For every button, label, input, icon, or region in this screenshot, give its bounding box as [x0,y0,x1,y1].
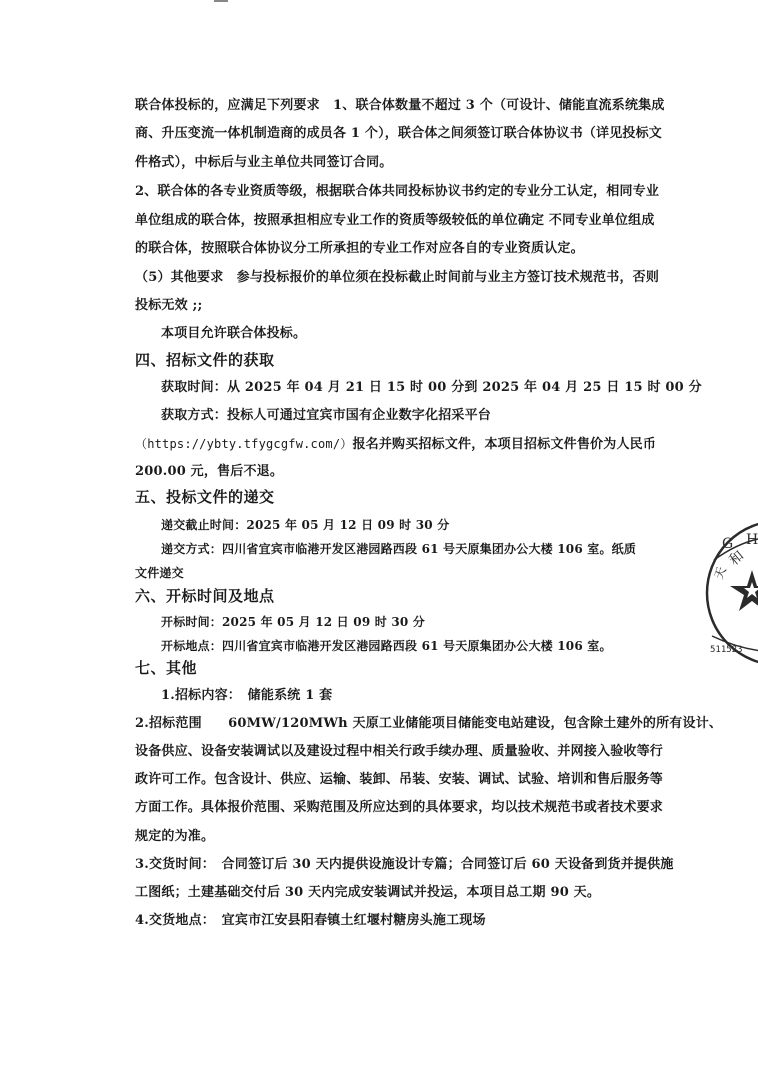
text-line: 2、联合体的各专业资质等级，根据联合体共同投标协议书约定的专业分工认定，相同专业 [135,184,659,200]
text-line: 4.交货地点： 宜宾市江安县阳春镇土红堰村糖房头施工现场 [135,913,486,929]
company-seal: G H 和 天 511523 [704,518,758,668]
svg-text:H: H [746,532,758,548]
text-line: 3.交货时间： 合同签订后 30 天内提供设施设计专篇；合同签订后 60 天设备… [135,857,674,873]
text-line: 递交截止时间：2025 年 05 月 12 日 09 时 30 分 [161,517,449,533]
text-line: 联合体投标的，应满足下列要求 1、联合体数量不超过 3 个（可设计、储能直流系统… [135,98,665,114]
text-line: 商、升压变流一体机制造商的成员各 1 个），联合体之间须签订联合体协议书（详见投… [135,126,662,142]
text-line: 规定的为准。 [135,829,214,845]
svg-text:天: 天 [712,565,729,581]
text-line: 投标无效 ;; [135,298,203,314]
section-heading-7: 七、其他 [135,659,197,677]
text-line: 2.招标范围 60MW/120MWh 天原工业储能项目储能变电站建设，包含除土建… [135,716,722,732]
text-line: 递交方式：四川省宜宾市临港开发区港园路西段 61 号天原集团办公大楼 106 室… [161,541,636,557]
text-line: 件格式），中标后与业主单位共同签订合同。 [135,155,393,171]
svg-text:G: G [722,536,733,552]
section-heading-4: 四、招标文件的获取 [135,351,275,369]
text-line: （https://ybty.tfygcgfw.com/）报名并购买招标文件，本项… [135,436,656,453]
text-line: 单位组成的联合体，按照承担相应专业工作的资质等级较低的单位确定 不同专业单位组成 [135,213,655,229]
text-line: 开标地点：四川省宜宾市临港开发区港园路西段 61 号天原集团办公大楼 106 室… [161,638,612,654]
text-line: 获取方式：投标人可通过宜宾市国有企业数字化招采平台 [161,408,491,424]
page-top-mark [214,0,228,2]
text-line: 方面工作。具体报价范围、采购范围及所应达到的具体要求，均以技术规范书或者技术要求 [135,800,663,816]
text-line: 文件递交 [135,565,184,581]
text-line: 200.00 元，售后不退。 [135,464,283,480]
seal-icon: G H 和 天 511523 [704,518,758,668]
text-line: 工图纸；土建基础交付后 30 天内完成安装调试并投运，本项目总工期 90 天。 [135,885,600,901]
section-heading-5: 五、投标文件的递交 [135,488,275,506]
platform-url: （https://ybty.tfygcgfw.com/） [135,437,352,451]
text-line: 获取时间：从 2025 年 04 月 21 日 15 时 00 分到 2025 … [161,380,702,396]
text-line: 本项目允许联合体投标。 [161,326,306,342]
text-line: 设备供应、设备安装调试以及建设过程中相关行政手续办理、质量验收、并网接入验收等行 [135,744,663,760]
text-line: 政许可工作。包含设计、供应、运输、装卸、吊装、安装、调试、试验、培训和售后服务等 [135,772,663,788]
section-heading-6: 六、开标时间及地点 [135,587,275,605]
text-span: 报名并购买招标文件，本项目招标文件售价为人民币 [352,437,656,452]
text-line: 开标时间：2025 年 05 月 12 日 09 时 30 分 [161,614,425,630]
seal-number: 511523 [710,645,743,655]
text-line: （5）其他要求 参与投标报价的单位须在投标截止时间前与业主方签订技术规范书，否则 [135,270,659,286]
text-line: 的联合体，按照联合体协议分工所承担的专业工作对应各自的专业资质认定。 [135,241,584,257]
text-line: 1.招标内容： 储能系统 1 套 [161,688,332,704]
